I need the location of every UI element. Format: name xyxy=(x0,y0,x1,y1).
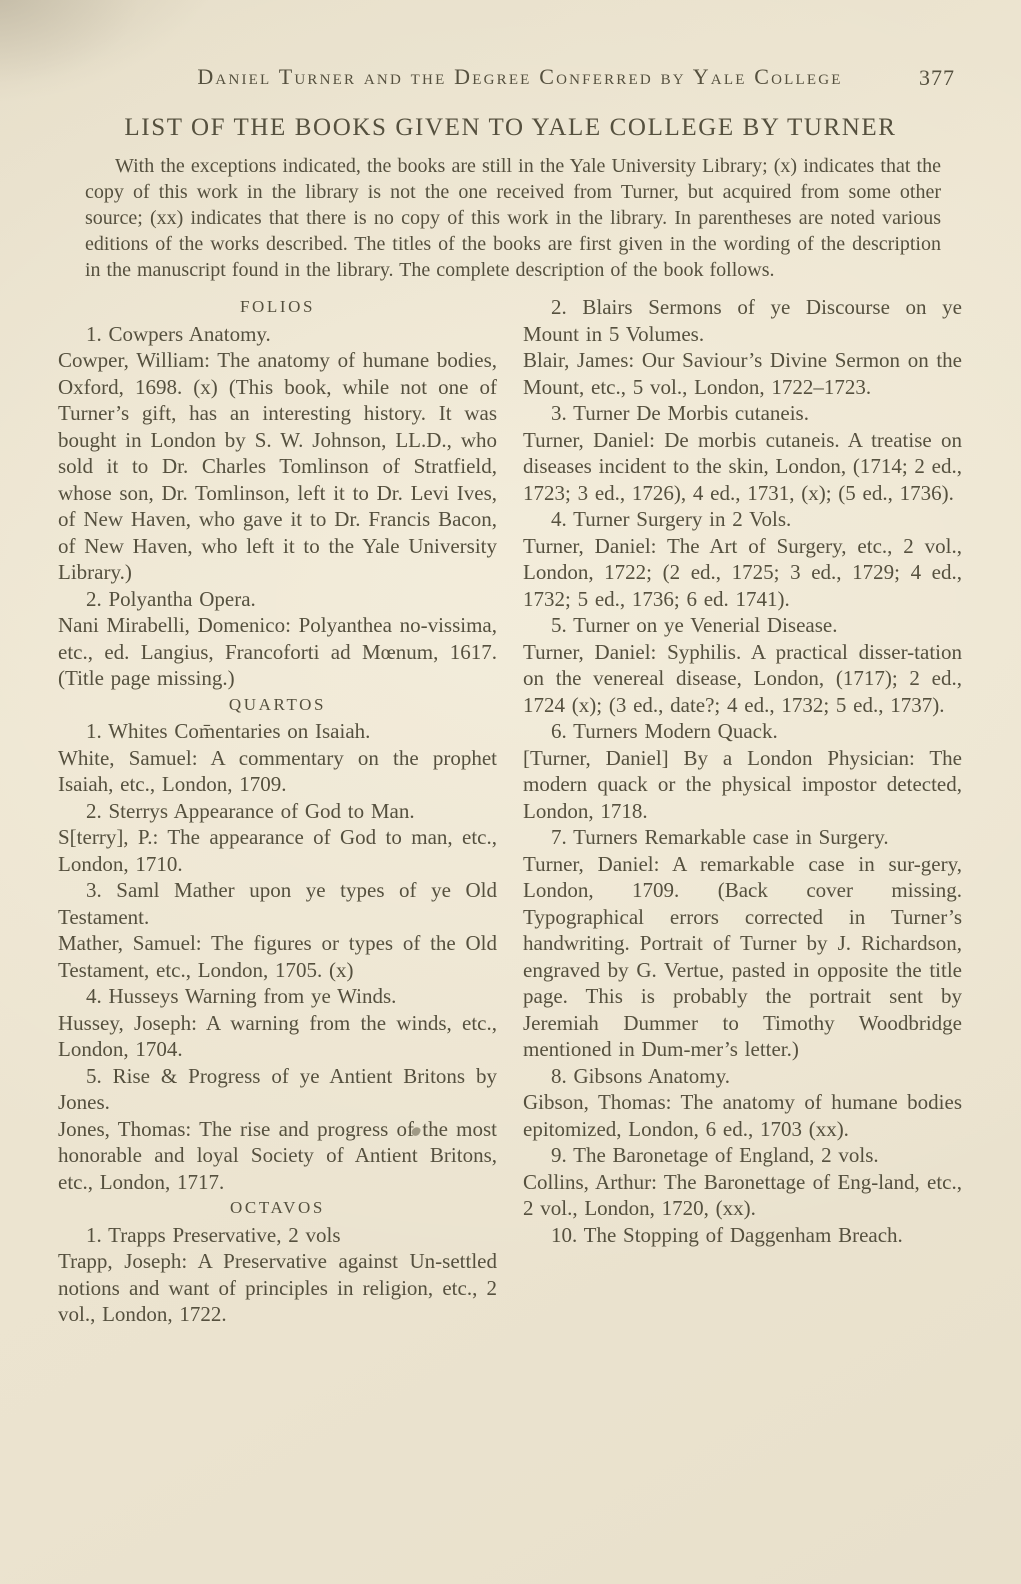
entry-title: 4. Husseys Warning from ye Winds. xyxy=(58,983,497,1010)
size-section-heading: OCTAVOS xyxy=(58,1195,497,1222)
entry-description: Cowper, William: The anatomy of humane b… xyxy=(58,347,497,586)
entry-title: 2. Blairs Sermons of ye Discourse on ye … xyxy=(523,294,962,347)
entry-title: 1. Trapps Preservative, 2 vols xyxy=(58,1222,497,1249)
entry-title: 5. Turner on ye Venerial Disease. xyxy=(523,612,962,639)
entry-title: 9. The Baronetage of England, 2 vols. xyxy=(523,1142,962,1169)
entry-title: 1. Cowpers Anatomy. xyxy=(58,321,497,348)
entry-description: White, Samuel: A commentary on the proph… xyxy=(58,745,497,798)
entry-title: 4. Turner Surgery in 2 Vols. xyxy=(523,506,962,533)
entry-description: Trapp, Joseph: A Preservative against Un… xyxy=(58,1248,497,1328)
entry-title: 5. Rise & Progress of ye Antient Britons… xyxy=(58,1063,497,1116)
two-column-text: FOLIOS1. Cowpers Anatomy.Cowper, William… xyxy=(58,294,962,1328)
entry-description: [Turner, Daniel] By a London Physician: … xyxy=(523,745,962,825)
page-title: LIST OF THE BOOKS GIVEN TO YALE COLLEGE … xyxy=(60,114,961,142)
entry-title: 7. Turners Remarkable case in Surgery. xyxy=(523,824,962,851)
running-title: Daniel Turner and the Degree Conferred b… xyxy=(197,64,842,89)
entry-title: 2. Polyantha Opera. xyxy=(58,586,497,613)
entry-description: Gibson, Thomas: The anatomy of humane bo… xyxy=(523,1089,962,1142)
entry-title: 3. Saml Mather upon ye types of ye Old T… xyxy=(58,877,497,930)
entry-description: Turner, Daniel: Syphilis. A practical di… xyxy=(523,639,962,719)
entry-title: 6. Turners Modern Quack. xyxy=(523,718,962,745)
entry-title: 1. Whites Com̄entaries on Isaiah. xyxy=(58,718,497,745)
entry-description: Collins, Arthur: The Baronettage of Eng-… xyxy=(523,1169,962,1222)
page-number: 377 xyxy=(919,65,955,91)
entry-description: S[terry], P.: The appearance of God to m… xyxy=(58,824,497,877)
left-column: FOLIOS1. Cowpers Anatomy.Cowper, William… xyxy=(58,294,497,1328)
page-header: Daniel Turner and the Degree Conferred b… xyxy=(85,64,955,90)
book-page: Daniel Turner and the Degree Conferred b… xyxy=(0,0,1021,1584)
right-column: 2. Blairs Sermons of ye Discourse on ye … xyxy=(523,294,962,1328)
entry-description: Jones, Thomas: The rise and progress of … xyxy=(58,1116,497,1196)
entry-title: 2. Sterrys Appearance of God to Man. xyxy=(58,798,497,825)
entry-description: Hussey, Joseph: A warning from the winds… xyxy=(58,1010,497,1063)
entry-description: Turner, Daniel: A remarkable case in sur… xyxy=(523,851,962,1063)
entry-description: Nani Mirabelli, Domenico: Polyanthea no-… xyxy=(58,612,497,692)
size-section-heading: FOLIOS xyxy=(58,294,497,321)
entry-title: 8. Gibsons Anatomy. xyxy=(523,1063,962,1090)
entry-description: Turner, Daniel: The Art of Surgery, etc.… xyxy=(523,533,962,613)
size-section-heading: QUARTOS xyxy=(58,692,497,719)
intro-paragraph: With the exceptions indicated, the books… xyxy=(85,153,941,283)
entry-title: 10. The Stopping of Daggenham Breach. xyxy=(523,1222,962,1249)
entry-title: 3. Turner De Morbis cutaneis. xyxy=(523,400,962,427)
entry-description: Mather, Samuel: The figures or types of … xyxy=(58,930,497,983)
entry-description: Blair, James: Our Saviour’s Divine Sermo… xyxy=(523,347,962,400)
entry-description: Turner, Daniel: De morbis cutaneis. A tr… xyxy=(523,427,962,507)
